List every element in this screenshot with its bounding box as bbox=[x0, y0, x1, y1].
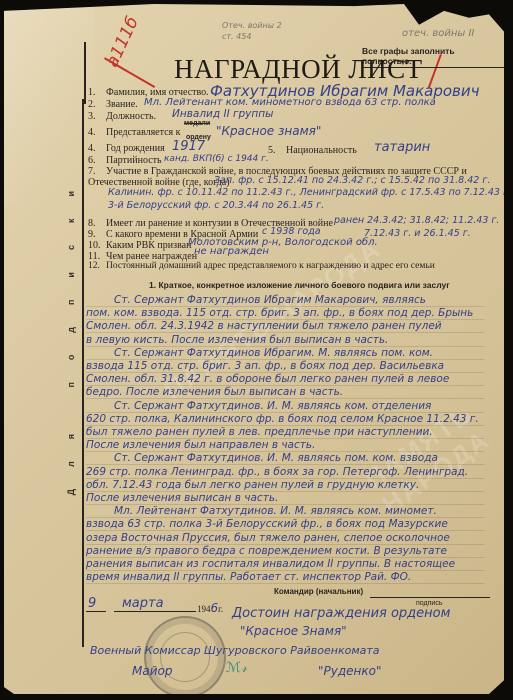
signer-rank: Майор bbox=[132, 664, 172, 678]
field-rank-value: Мл. Лейтенант ком. минометного взвода 63… bbox=[144, 97, 436, 108]
field-birthyear-value: 1917 bbox=[172, 139, 205, 154]
field-rank-label: 2.Звание. bbox=[88, 99, 138, 110]
field-service-value-line: Зап. фр. с 15.12.41 по 24.3.42 г.; с 15.… bbox=[214, 175, 490, 186]
narrative-line: После излечения выписан в часть. bbox=[86, 492, 278, 504]
date-month-line bbox=[114, 611, 196, 612]
narrative-line: озера Восточная Пруссия, был тяжело ране… bbox=[86, 532, 450, 544]
narrative-line: взвода 115 отд. стр. бриг. 3 ап. фр., в … bbox=[86, 360, 444, 372]
narrative-line: ранение в/з правого бедра с повреждением… bbox=[86, 545, 447, 557]
field-party-label: 6.Партийность bbox=[88, 155, 162, 166]
field-service-value-line: Калинин. фр. с 10.11.42 по 11.2.43 г., Л… bbox=[108, 187, 511, 198]
date-day-line bbox=[86, 611, 106, 612]
section-heading: 1. Краткое, конкретное изложение личного… bbox=[149, 280, 450, 290]
margin-label: Для подписки bbox=[66, 169, 82, 495]
narrative-line: После излечения был направлен в часть. bbox=[86, 439, 315, 451]
ruled-line bbox=[86, 583, 484, 584]
date-month: марта bbox=[122, 596, 164, 611]
field-wounds-value-cont: 7.12.43 г. и 26.1.45 г. bbox=[364, 228, 471, 239]
date-year: 1946г. bbox=[197, 601, 223, 615]
narrative-line: бедро. После излечения был выписан в час… bbox=[86, 386, 343, 398]
field-award-value: "Красное знамя" bbox=[216, 124, 321, 138]
margin-rule bbox=[84, 42, 86, 104]
official-stamp bbox=[144, 616, 226, 698]
handwritten-signature: ℳ𝓇 bbox=[226, 660, 247, 676]
narrative-line: время инвалид II группы. Работает ст. ин… bbox=[86, 571, 411, 583]
margin-rule bbox=[82, 99, 84, 647]
field-prior-awards-value: не награжден bbox=[194, 246, 269, 257]
narrative-line: взвода 63 стр. полка 3-й Белорусский фр.… bbox=[86, 518, 448, 530]
date-day: 9 bbox=[88, 596, 96, 611]
narrative-line: Ст. Сержант Фатхутдинов. И. М. являясь к… bbox=[114, 400, 431, 412]
field-address-label: 12.Постоянный домашний адрес представляе… bbox=[88, 261, 435, 271]
narrative-line: 269 стр. полка Ленинград. фр., в боях за… bbox=[86, 466, 468, 478]
red-pencil-stroke bbox=[104, 57, 155, 88]
field-position-value: Инвалид II группы bbox=[172, 108, 273, 120]
narrative-line: ранения выписан из госпиталя инвалидом I… bbox=[86, 558, 455, 570]
narrative-line: Смолен. обл. 31.8.42 г. в обороне был ле… bbox=[86, 373, 449, 385]
field-award-label: 4.Представляется к bbox=[88, 127, 181, 138]
narrative-line: был тяжело ранен пулей в лев. предплечье… bbox=[86, 426, 433, 438]
narrative-line: Смолен. обл. 24.3.1942 в наступлении был… bbox=[86, 320, 442, 332]
signer-title: Военный Комиссар Шугуровского Райвоенком… bbox=[90, 644, 380, 657]
narrative-line: 620 стр. полка, Калининского фр. в боях … bbox=[86, 413, 479, 425]
award-sheet: ПАМЯТЬ НАРОДА ПАМЯТЬ НАРОДА а111б Отеч. … bbox=[4, 4, 504, 694]
signature-line bbox=[370, 597, 490, 598]
field-army-since-value: с 1938 года bbox=[262, 226, 321, 237]
field-nationality-label: 5.Национальность bbox=[268, 145, 357, 156]
narrative-line: пом. ком. взвода. 115 отд. стр. бриг. 3 … bbox=[86, 307, 473, 319]
narrative-line: обл. 7.12.43 года был легко ранен пулей … bbox=[86, 479, 419, 491]
signer-name: "Руденко" bbox=[318, 664, 382, 678]
narrative-line: Мл. Лейтенант Фатхутдинов. И. М. являясь… bbox=[114, 505, 437, 517]
narrative-line: Ст. Сержант Фатхутдинов Ибрагим Макарови… bbox=[114, 294, 426, 306]
recommendation-line2: "Красное Знамя" bbox=[240, 624, 347, 638]
page-title: НАГРАДНОЙ ЛИСТ bbox=[174, 54, 423, 85]
narrative-line: Ст. Сержант Фатхутдинов Ибрагим. М. явля… bbox=[114, 347, 433, 359]
field-rvk-label: 10.Каким РВК призван bbox=[88, 240, 191, 251]
commander-label: Командир (начальник) bbox=[274, 587, 363, 596]
field-wounds-value: ранен 24.3.42; 31.8.42; 11.2.43 г. bbox=[334, 215, 499, 226]
pencil-note-right: отеч. войны II bbox=[402, 28, 474, 39]
field-nationality-value: татарин bbox=[374, 140, 430, 155]
field-position-label: 3.Должность. bbox=[88, 111, 156, 122]
field-birthyear-label: 4.Год рождения bbox=[88, 143, 165, 154]
field-party-value: канд. ВКП(б) с 1944 г. bbox=[164, 154, 269, 164]
narrative-line: Ст. Сержант Фатхутдинов. И. М. являясь п… bbox=[114, 452, 438, 464]
award-type-medal: медали bbox=[184, 120, 210, 127]
narrative-line: в левую кисть. После излечения был выпис… bbox=[86, 334, 388, 346]
field-service-value-line: 3-й Белорусский фр. с 20.3.44 по 26.1.45… bbox=[108, 200, 324, 211]
pencil-note-center: Отеч. войны 2 ст. 454 bbox=[222, 20, 292, 42]
recommendation-line1: Достоин награждения орденом bbox=[232, 606, 450, 621]
